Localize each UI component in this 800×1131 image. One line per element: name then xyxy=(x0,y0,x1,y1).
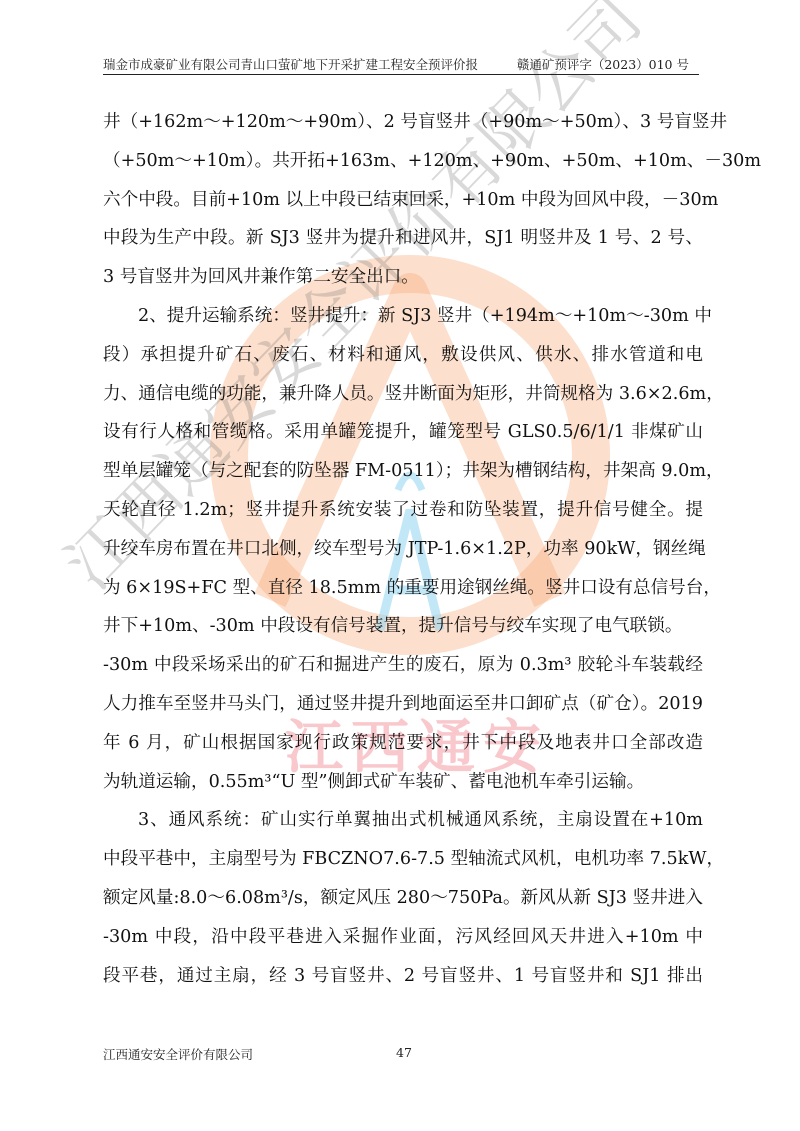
text-line: 3 号盲竖井为回风井兼作第二安全出口。 xyxy=(103,258,703,297)
paragraph-hoisting-system: 2、提升运输系统：竖井提升：新 SJ3 竖井（+194m～+10m～-30m 中… xyxy=(103,297,703,801)
report-title: 瑞金市成豪矿业有限公司青山口萤矿地下开采扩建工程安全预评价报 xyxy=(103,55,478,73)
header-divider xyxy=(103,74,699,75)
footer-company: 江西通安安全评价有限公司 xyxy=(103,1045,253,1063)
document-number: 赣通矿预评字（2023）010 号 xyxy=(517,55,689,73)
text-line: 2、提升运输系统：竖井提升：新 SJ3 竖井（+194m～+10m～-30m 中 xyxy=(103,297,703,336)
body-text: 井（+162m～+120m～+90m）、2 号盲竖井（+90m～+50m）、3 … xyxy=(103,103,703,995)
text-line: 六个中段。目前+10m 以上中段已结束回采，+10m 中段为回风中段，－30m xyxy=(103,181,703,220)
text-line: 升绞车房布置在井口北侧，绞车型号为 JTP-1.6×1.2P，功率 90kW，钢… xyxy=(103,530,703,569)
paragraph-ventilation-system: 3、通风系统：矿山实行单翼抽出式机械通风系统，主扇设置在+10m 中段平巷中，主… xyxy=(103,801,703,995)
text-line: 设有行人格和管缆格。采用单罐笼提升，罐笼型号 GLS0.5/6/1/1 非煤矿山 xyxy=(103,413,703,452)
document-page: 江西通安安全评价有限公司 江西通安 瑞金市成豪矿业有限公司青山口萤矿地下开采扩建… xyxy=(0,0,800,1131)
text-line: 段平巷，通过主扇，经 3 号盲竖井、2 号盲竖井、1 号盲竖井和 SJ1 排出 xyxy=(103,957,703,996)
paragraph-shaft-summary: 井（+162m～+120m～+90m）、2 号盲竖井（+90m～+50m）、3 … xyxy=(103,103,703,297)
text-line: 井（+162m～+120m～+90m）、2 号盲竖井（+90m～+50m）、3 … xyxy=(103,103,703,142)
text-line: 天轮直径 1.2m；竖井提升系统安装了过卷和防坠装置，提升信号健全。提 xyxy=(103,491,703,530)
text-line: 人力推车至竖井马头门，通过竖井提升到地面运至井口卸矿点（矿仓）。2019 xyxy=(103,685,703,724)
text-line: 3、通风系统：矿山实行单翼抽出式机械通风系统，主扇设置在+10m xyxy=(103,801,703,840)
text-line: -30m 中段采场采出的矿石和掘进产生的废石，原为 0.3m³ 胶轮斗车装载经 xyxy=(103,646,703,685)
text-line: 井下+10m、-30m 中段设有信号装置，提升信号与绞车实现了电气联锁。 xyxy=(103,607,703,646)
text-line: （+50m～+10m）。共开拓+163m、+120m、+90m、+50m、+10… xyxy=(103,142,703,181)
text-line: 额定风量:8.0～6.08m³/s，额定风压 280～750Pa。新风从新 SJ… xyxy=(103,879,703,918)
text-line: -30m 中段，沿中段平巷进入采掘作业面，污风经回风天井进入+10m 中 xyxy=(103,918,703,957)
text-line: 年 6 月，矿山根据国家现行政策规范要求，井下中段及地表井口全部改造 xyxy=(103,724,703,763)
text-line: 型单层罐笼（与之配套的防坠器 FM-0511）；井架为槽钢结构，井架高 9.0m… xyxy=(103,452,703,491)
text-line: 中段为生产中段。新 SJ3 竖井为提升和进风井，SJ1 明竖井及 1 号、2 号… xyxy=(103,219,703,258)
text-line: 段）承担提升矿石、废石、材料和通风，敷设供风、供水、排水管道和电 xyxy=(103,336,703,375)
text-line: 中段平巷中，主扇型号为 FBCZNO7.6-7.5 型轴流式风机，电机功率 7.… xyxy=(103,840,703,879)
page-number: 47 xyxy=(396,1045,412,1060)
page-header: 瑞金市成豪矿业有限公司青山口萤矿地下开采扩建工程安全预评价报 赣通矿预评字（20… xyxy=(103,55,699,75)
text-line: 为轨道运输，0.55m³“U 型”侧卸式矿车装矿、蓄电池机车牵引运输。 xyxy=(103,763,703,802)
text-line: 力、通信电缆的功能，兼升降人员。竖井断面为矩形，井筒规格为 3.6×2.6m， xyxy=(103,375,703,414)
text-line: 为 6×19S+FC 型、直径 18.5mm 的重要用途钢丝绳。竖井口设有总信号… xyxy=(103,569,703,608)
